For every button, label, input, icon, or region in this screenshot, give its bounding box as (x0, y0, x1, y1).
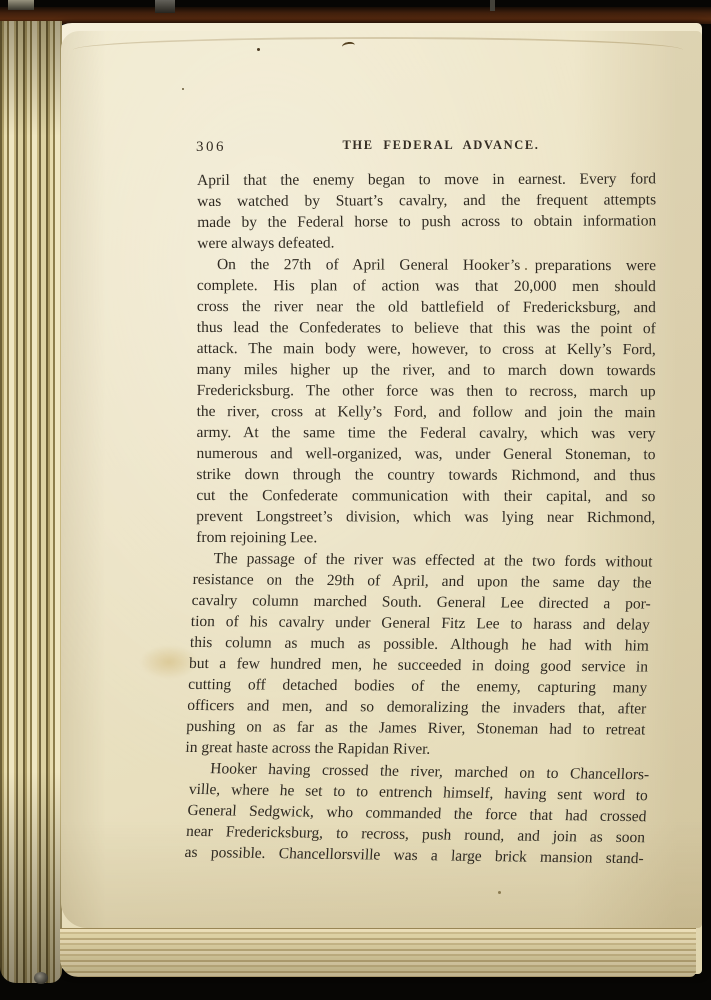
page-stack-left (0, 21, 62, 983)
text-line: from rejoining Lee. (196, 527, 655, 549)
text-line: numerous and well-organized, was, under … (196, 443, 655, 465)
page-crease (73, 37, 683, 53)
text-line: cut the Confederate communication with t… (196, 485, 655, 507)
text-line: made by the Federal horse to push across… (197, 210, 656, 233)
text-line: were always defeated. (197, 231, 656, 254)
paper-speck (257, 48, 260, 51)
book-clasp (34, 972, 48, 984)
page-header-row: 306 THE FEDERAL ADVANCE. (196, 138, 656, 158)
text-block: April that the enemy began to move in ea… (197, 170, 656, 863)
paper-speck (182, 88, 184, 90)
text-line: attack. The main body were, however, to … (197, 338, 656, 360)
paper-speck (498, 891, 501, 894)
running-header: THE FEDERAL ADVANCE. (196, 138, 656, 153)
paragraph: April that the enemy began to move in ea… (197, 168, 656, 254)
text-line: strike down through the country towards … (196, 464, 655, 486)
background-streak (490, 0, 495, 11)
text-line: complete. His plan of action was that 20… (197, 275, 656, 297)
text-line: On the 27th of April General Hooker’s pr… (197, 254, 656, 276)
paragraph: On the 27th of April General Hooker’s pr… (196, 254, 656, 549)
background-streak (155, 0, 175, 13)
text-line: army. At the same time the Federal caval… (197, 422, 656, 444)
page-stack-bottom (60, 928, 696, 977)
book-top-edge (0, 7, 711, 24)
text-line: many miles higher up the river, and to m… (197, 359, 656, 381)
text-line: cross the river near the old battlefield… (197, 296, 656, 318)
text-line: prevent Longstreet’s division, which was… (196, 506, 655, 528)
paragraph: The passage of the river was effected at… (185, 548, 653, 762)
text-line: April that the enemy began to move in ea… (197, 168, 656, 191)
book-photo: 306 THE FEDERAL ADVANCE. April that the … (0, 0, 711, 1000)
page-number: 306 (196, 139, 226, 156)
text-line: Fredericksburg. The other force was then… (197, 380, 656, 402)
background-streak (8, 0, 34, 10)
text-line: thus lead the Confederates to believe th… (197, 317, 656, 339)
text-line: was watched by Stuart’s cavalry, and the… (197, 189, 656, 212)
text-line: the river, cross at Kelly’s Ford, and fo… (197, 401, 656, 423)
paragraph: Hooker having crossed the river, marched… (184, 758, 650, 869)
